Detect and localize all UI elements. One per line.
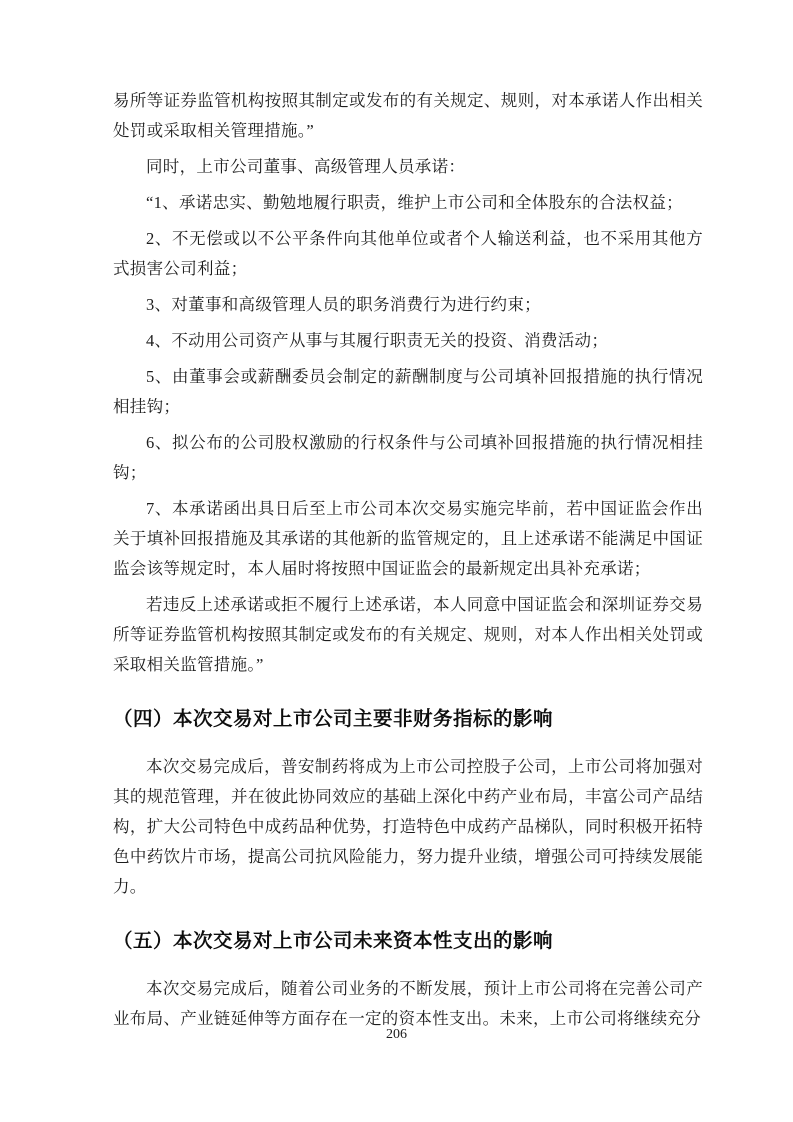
section-heading: （四）本次交易对上市公司主要非财务指标的影响 — [113, 704, 703, 734]
section-heading: （五）本次交易对上市公司未来资本性支出的影响 — [113, 926, 703, 956]
paragraph: 易所等证券监管机构按照其制定或发布的有关规定、规则，对本承诺人作出相关处罚或采取… — [113, 86, 703, 146]
paragraph: 5、由董事会或薪酬委员会制定的薪酬制度与公司填补回报措施的执行情况相挂钩； — [113, 362, 703, 422]
paragraph: 本次交易完成后，随着公司业务的不断发展，预计上市公司将在完善公司产业布局、产业链… — [113, 974, 703, 1034]
document-page: 易所等证券监管机构按照其制定或发布的有关规定、规则，对本承诺人作出相关处罚或采取… — [0, 0, 793, 1122]
page-number: 206 — [0, 1026, 793, 1044]
paragraph: 若违反上述承诺或拒不履行上述承诺，本人同意中国证监会和深圳证券交易所等证券监管机… — [113, 590, 703, 680]
paragraph: 2、不无偿或以不公平条件向其他单位或者个人输送利益，也不采用其他方式损害公司利益… — [113, 224, 703, 284]
paragraph: 6、拟公布的公司股权激励的行权条件与公司填补回报措施的执行情况相挂钩； — [113, 428, 703, 488]
paragraph: 同时，上市公司董事、高级管理人员承诺： — [113, 152, 703, 182]
paragraph: “1、承诺忠实、勤勉地履行职责，维护上市公司和全体股东的合法权益； — [113, 188, 703, 218]
paragraph: 本次交易完成后，普安制药将成为上市公司控股子公司，上市公司将加强对其的规范管理，… — [113, 752, 703, 902]
paragraph: 3、对董事和高级管理人员的职务消费行为进行约束； — [113, 290, 703, 320]
document-body: 易所等证券监管机构按照其制定或发布的有关规定、规则，对本承诺人作出相关处罚或采取… — [113, 86, 703, 1034]
paragraph: 4、不动用公司资产从事与其履行职责无关的投资、消费活动； — [113, 326, 703, 356]
paragraph: 7、本承诺函出具日后至上市公司本次交易实施完毕前，若中国证监会作出关于填补回报措… — [113, 494, 703, 584]
